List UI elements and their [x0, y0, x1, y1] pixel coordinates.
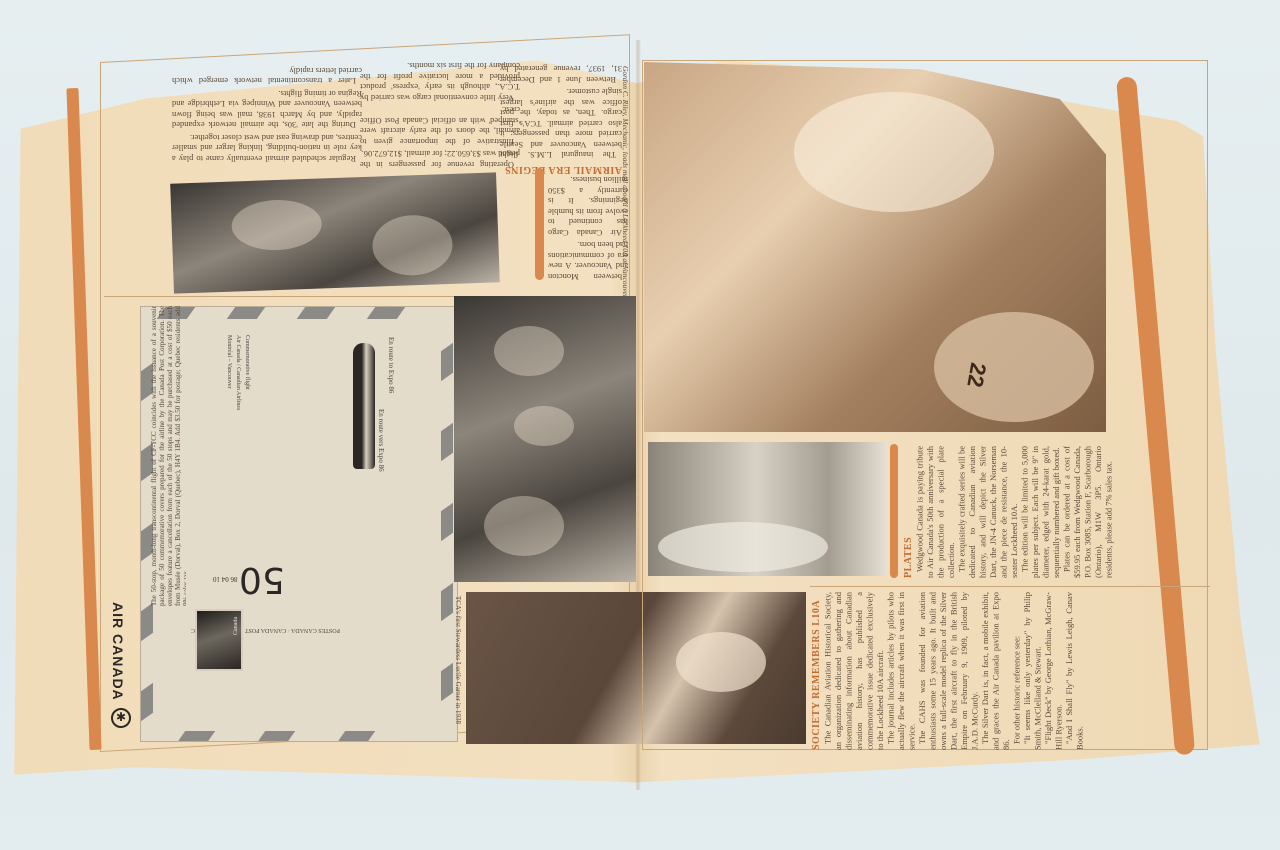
return-address: Commemorative flight Air Canada / Canadi…: [224, 335, 251, 410]
article-airmail-column-2: Operating revenue for passengers in the …: [360, 62, 520, 170]
cabin-accent-bar: [890, 444, 898, 578]
postmark-date: 86 04 10: [213, 575, 238, 583]
article-society: SOCIETY REMEMBERS L10A The Canadian Avia…: [812, 590, 1192, 750]
article-plates-heading: PLATES: [904, 447, 915, 578]
postage-stamp: Canada: [195, 609, 243, 671]
article-society-heading: SOCIETY REMEMBERS L10A: [812, 593, 823, 750]
article-airmail-column-1: Regular scheduled airmail eventually cam…: [172, 64, 362, 164]
mechanic-loading-mail-photo: 22: [644, 62, 1106, 432]
tca-staff-photo: [454, 296, 636, 582]
air-canada-wordmark: AIR CANADA: [110, 602, 126, 701]
commemorative-envelope: En route to Expo 86 En route vers Expo 8…: [140, 306, 458, 742]
mail-sorting-photo: [170, 172, 500, 293]
article-airmail-intro: AIRMAIL ERA BEGINS The inaugural L.M.S. …: [500, 62, 622, 174]
airmail-accent-bar: [535, 168, 544, 280]
postmark-50-numeral: 50: [239, 559, 285, 600]
maple-leaf-roundel-icon: ✱: [111, 708, 131, 728]
hatch-number: 22: [961, 361, 991, 390]
lockheed-aircraft-illustration: [353, 343, 375, 469]
article-airmail-continued: between Moncton and Vancouver. A new era…: [548, 172, 628, 282]
right-page-divider: [810, 586, 1210, 587]
article-plates: PLATES Wedgwood Canada is paying tribute…: [904, 444, 1136, 578]
stewardess-caption: TCA's first Stewardess Lucile Garner in …: [454, 596, 462, 724]
air-canada-brand: AIR CANADA ✱: [102, 598, 138, 738]
cachet-french: En route vers Expo 86: [377, 409, 385, 472]
cachet-english: En route to Expo 86: [387, 337, 395, 393]
cabin-interior-photo: [648, 442, 888, 576]
envelope-caption: The 50-stop, month-long transcontinental…: [150, 306, 186, 606]
aircraft-registration: CF-TCC: [351, 417, 359, 442]
